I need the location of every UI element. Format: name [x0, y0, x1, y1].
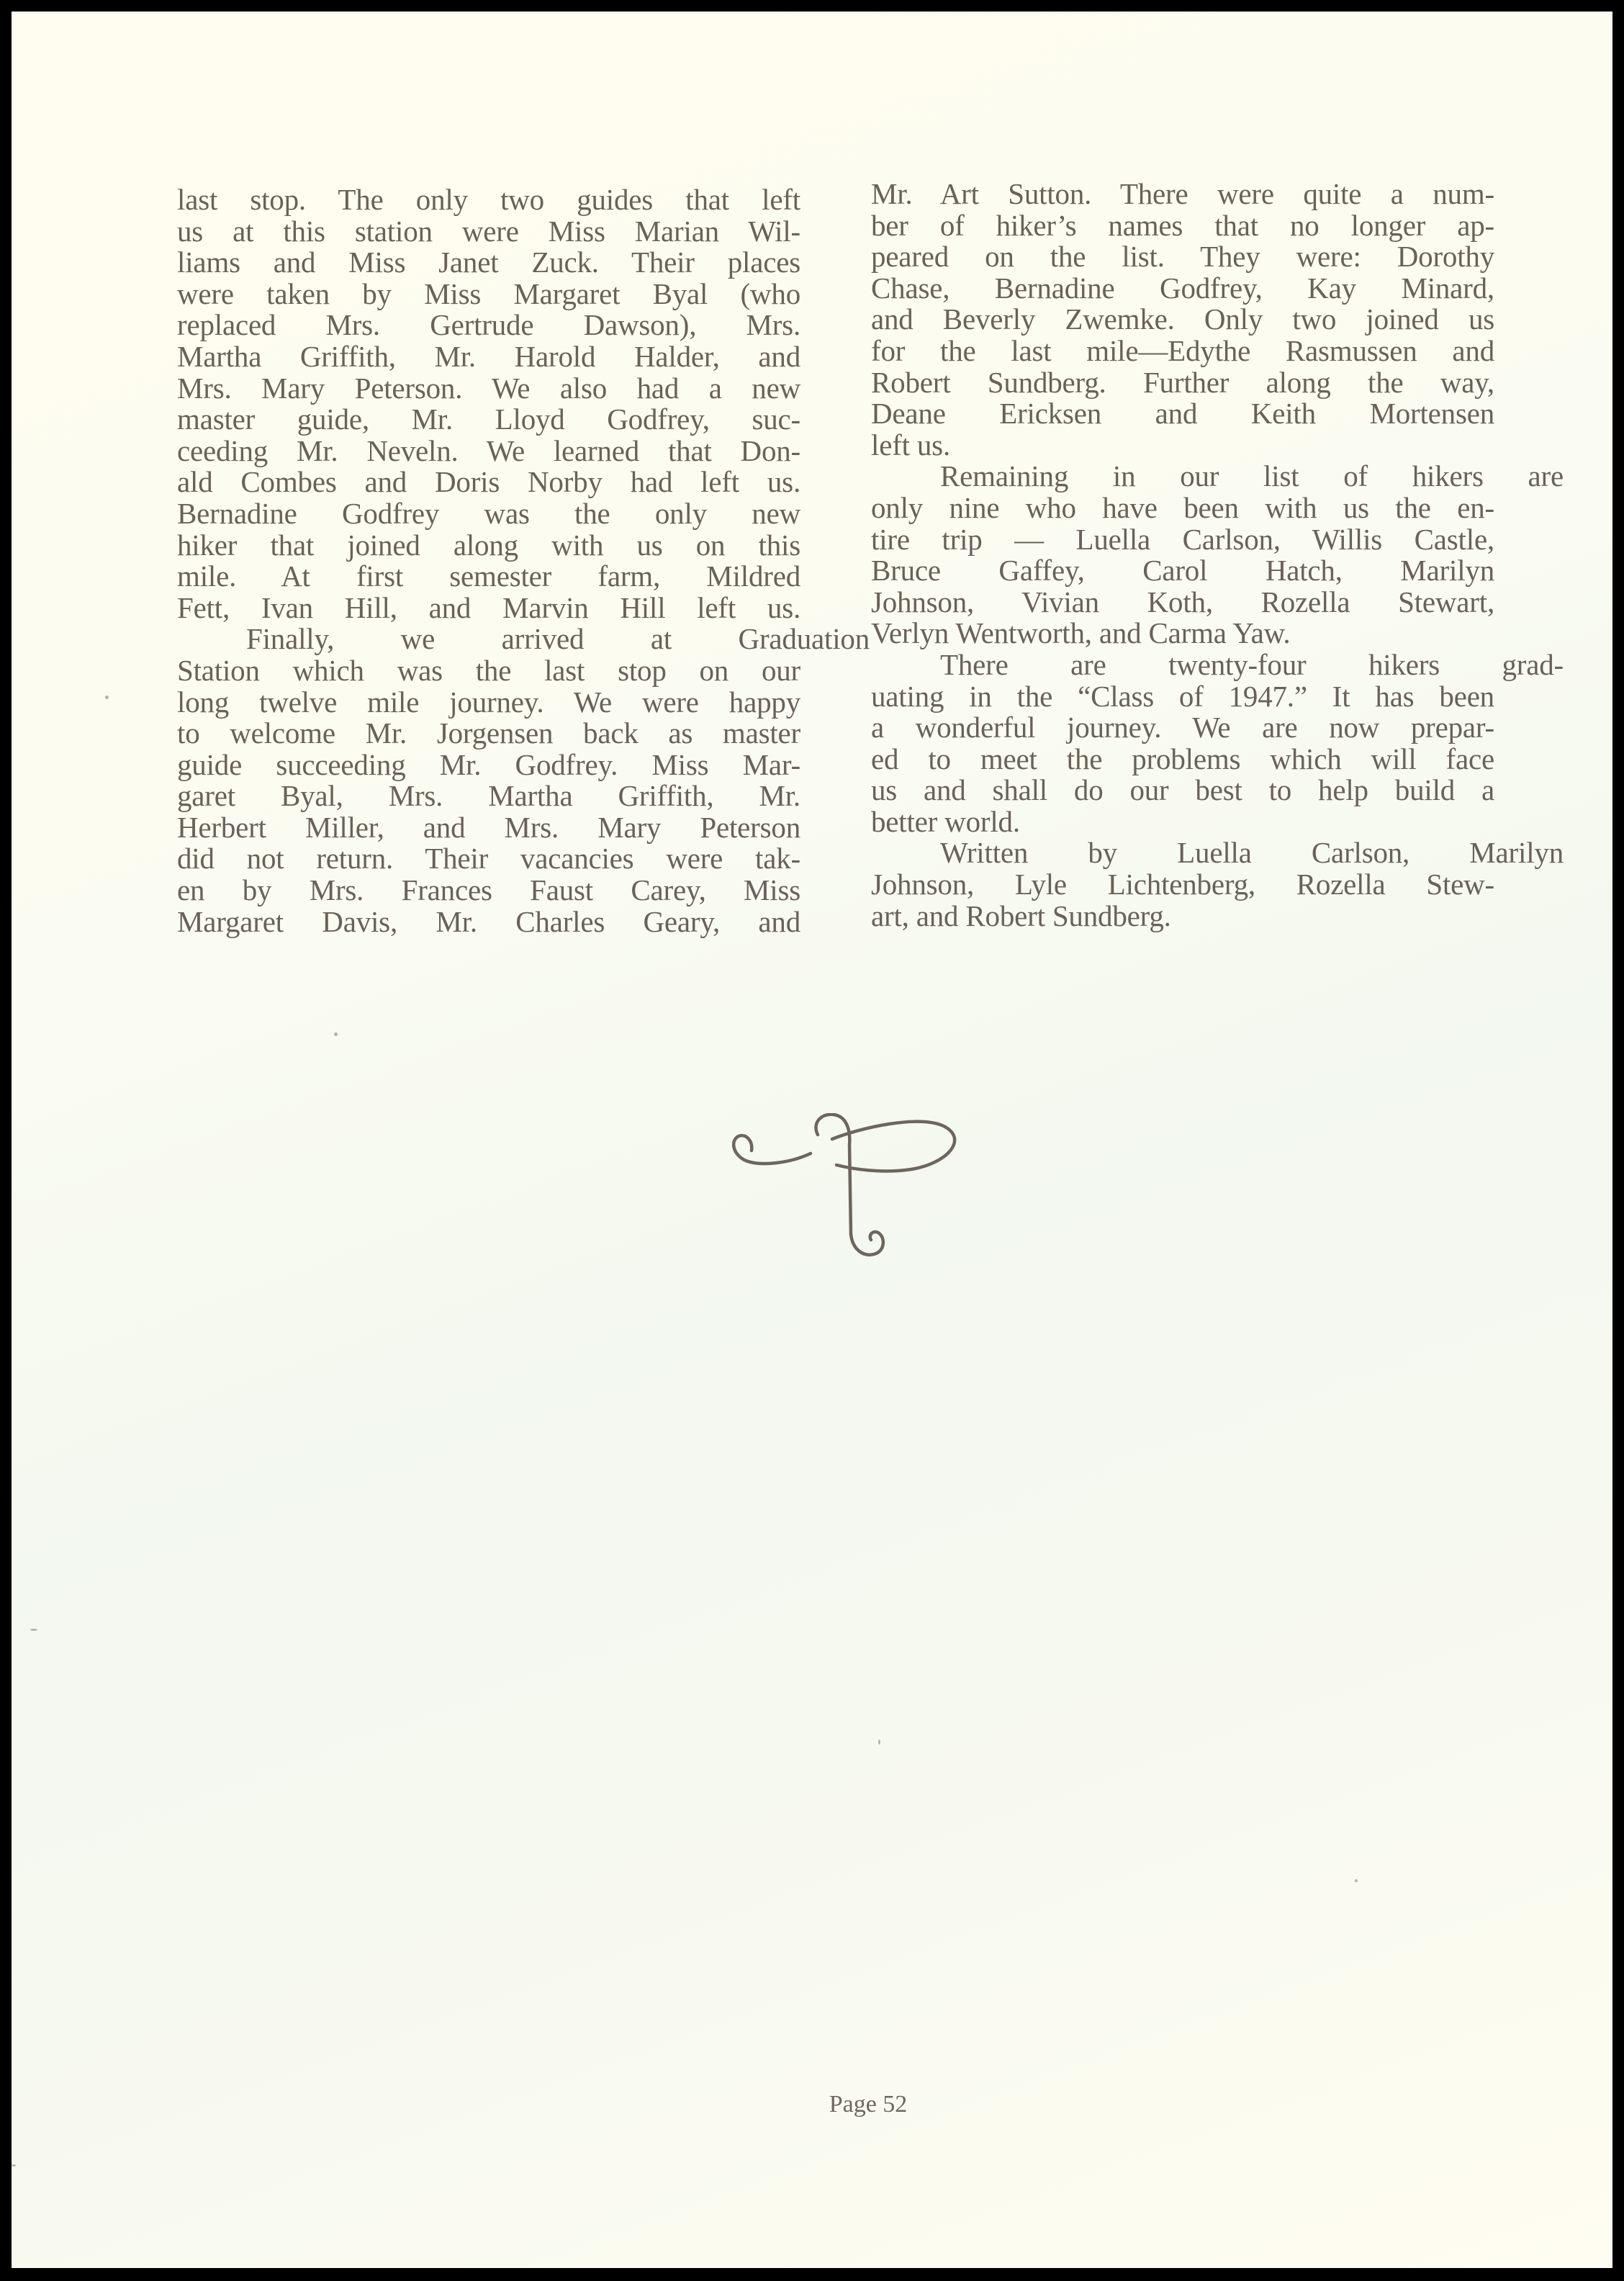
- text-line: hiker that joined along with us on this: [177, 530, 800, 562]
- text-line: Martha Griffith, Mr. Harold Halder, and: [177, 341, 800, 373]
- paper-speck: [12, 2164, 16, 2167]
- text-line: us at this station were Miss Marian Wil-: [177, 216, 800, 248]
- text-line: Bernadine Godfrey was the only new: [177, 498, 800, 530]
- text-line: Verlyn Wentworth, and Carma Yaw.: [871, 618, 1494, 649]
- text-line: Station which was the last stop on our: [177, 655, 800, 687]
- text-line: peared on the list. They were: Dorothy: [871, 241, 1494, 273]
- text-line: Bruce Gaffey, Carol Hatch, Marilyn: [871, 555, 1494, 587]
- text-line: master guide, Mr. Lloyd Godfrey, suc-: [177, 404, 800, 436]
- text-line: long twelve mile journey. We were happy: [177, 687, 800, 719]
- text-line: en by Mrs. Frances Faust Carey, Miss: [177, 875, 800, 906]
- text-line: did not return. Their vacancies were tak…: [177, 843, 800, 875]
- text-line: guide succeeding Mr. Godfrey. Miss Mar-: [177, 750, 800, 781]
- text-line: last stop. The only two guides that left: [177, 184, 800, 216]
- text-line: uating in the “Class of 1947.” It has be…: [871, 681, 1494, 713]
- text-line: Johnson, Lyle Lichtenberg, Rozella Stew-: [871, 869, 1494, 901]
- paper-speck: [30, 1629, 37, 1631]
- text-line: Finally, we arrived at Graduation: [177, 624, 870, 655]
- text-line: to welcome Mr. Jorgensen back as master: [177, 718, 800, 750]
- text-line: Deane Ericksen and Keith Mortensen: [871, 398, 1494, 430]
- text-line: tire trip — Luella Carlson, Willis Castl…: [871, 524, 1494, 556]
- text-line: Mrs. Mary Peterson. We also had a new: [177, 373, 800, 405]
- text-line: Chase, Bernadine Godfrey, Kay Minard,: [871, 273, 1494, 305]
- text-line: ald Combes and Doris Norby had left us.: [177, 467, 800, 498]
- yearbook-page: last stop. The only two guides that left…: [12, 12, 1612, 2268]
- text-line: left us.: [871, 430, 1494, 462]
- text-line: ber of hiker’s names that no longer ap-: [871, 210, 1494, 242]
- text-line: Mr. Art Sutton. There were quite a num-: [871, 179, 1494, 210]
- text-line: a wonderful journey. We are now prepar-: [871, 712, 1494, 744]
- text-line: art, and Robert Sundberg.: [871, 901, 1494, 932]
- text-line: ed to meet the problems which will face: [871, 744, 1494, 775]
- text-line: Fett, Ivan Hill, and Marvin Hill left us…: [177, 593, 800, 624]
- text-line: Written by Luella Carlson, Marilyn: [871, 837, 1564, 869]
- text-line: for the last mile—Edythe Rasmussen and: [871, 336, 1494, 367]
- text-line: and Beverly Zwemke. Only two joined us: [871, 304, 1494, 336]
- text-line: Robert Sundberg. Further along the way,: [871, 367, 1494, 399]
- paper-speck: [334, 1032, 338, 1036]
- page-number: Page 52: [796, 2091, 940, 2118]
- text-line: Johnson, Vivian Koth, Rozella Stewart,: [871, 587, 1494, 618]
- decorative-flourish-icon: [731, 1113, 962, 1272]
- text-line: mile. At first semester farm, Mildred: [177, 561, 800, 593]
- paper-speck: [105, 696, 109, 699]
- text-line: better world.: [871, 806, 1494, 838]
- text-line: Herbert Miller, and Mrs. Mary Peterson: [177, 812, 800, 844]
- left-text-column: last stop. The only two guides that left…: [177, 184, 800, 937]
- text-line: garet Byal, Mrs. Martha Griffith, Mr.: [177, 780, 800, 812]
- paper-speck: [878, 1740, 880, 1745]
- text-line: Margaret Davis, Mr. Charles Geary, and: [177, 906, 800, 938]
- text-line: replaced Mrs. Gertrude Dawson), Mrs.: [177, 310, 800, 341]
- text-line: were taken by Miss Margaret Byal (who: [177, 279, 800, 310]
- right-text-column: Mr. Art Sutton. There were quite a num-b…: [871, 179, 1494, 932]
- text-line: ceeding Mr. Neveln. We learned that Don-: [177, 436, 800, 467]
- text-line: liams and Miss Janet Zuck. Their places: [177, 247, 800, 279]
- text-line: There are twenty-four hikers grad-: [871, 649, 1564, 681]
- text-line: Remaining in our list of hikers are: [871, 461, 1564, 492]
- text-line: only nine who have been with us the en-: [871, 492, 1494, 524]
- text-line: us and shall do our best to help build a: [871, 775, 1494, 806]
- paper-speck: [1355, 1879, 1358, 1882]
